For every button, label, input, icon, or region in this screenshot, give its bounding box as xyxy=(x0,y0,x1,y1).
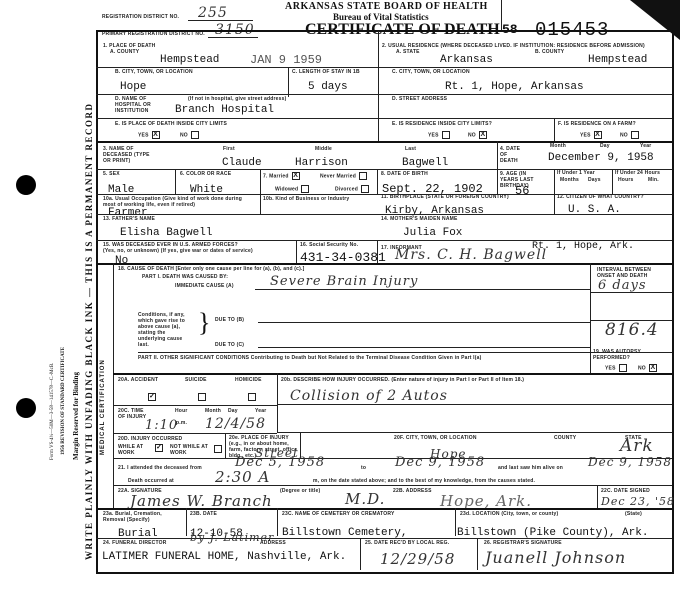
death-occurred-suffix: m, on the date stated above; and to the … xyxy=(313,478,535,484)
length-of-stay-label: c. Length of Stay in 1b xyxy=(292,69,360,75)
day-label: Day xyxy=(228,408,238,414)
days-label: Days xyxy=(588,177,601,183)
hospital-label: d. NAME OF HOSPITAL OR INSTITUTION xyxy=(115,96,155,114)
burial-location-label: 23d. LOCATION (City, town, or county) xyxy=(460,511,558,517)
checkbox-yes[interactable]: X xyxy=(594,131,602,139)
last-saw-label: and last saw him alive on xyxy=(498,465,563,471)
row-line-2 xyxy=(96,94,672,95)
received-date-label: 25. DATE REC'D BY LOCAL REG. xyxy=(365,540,449,546)
dob-label: 8. DATE OF BIRTH xyxy=(381,171,428,177)
under1-under24-divider xyxy=(612,169,613,194)
checkbox-accident[interactable]: ✓ xyxy=(148,393,156,401)
funeral-director-value: LATIMER FUNERAL HOME, Nashville, Ark. xyxy=(102,551,346,563)
describe-injury-label: 20b. DESCRIBE HOW INJURY OCCURRED. (Ente… xyxy=(281,377,524,383)
checkbox-yes[interactable] xyxy=(442,131,450,139)
hospital-note: (If not in hospital, give street address… xyxy=(188,96,287,102)
occurred-place-divider xyxy=(225,433,226,458)
row-line-signature xyxy=(113,485,672,486)
section-line-name xyxy=(96,141,672,143)
date-of-injury-value: 12/4/58 xyxy=(205,416,266,432)
year-label: Year xyxy=(255,408,266,414)
inside-city-limits-label: e. IS PLACE OF DEATH INSIDE CITY LIMITS xyxy=(115,121,227,127)
last-name-value: Bagwell xyxy=(402,157,448,169)
divorced-option[interactable]: Divorced xyxy=(335,185,369,193)
date-cemetery-divider xyxy=(277,508,278,536)
citizen-label: 12. CITIZEN OF WHAT COUNTRY? xyxy=(557,194,644,200)
attended-to-label: to xyxy=(361,465,366,471)
farm-divider xyxy=(554,118,555,141)
residence-county-value: Hempstead xyxy=(588,54,647,66)
on-farm-yes[interactable]: YESX xyxy=(580,131,602,139)
checkbox-autopsy-no[interactable]: X xyxy=(649,364,657,372)
registrar-label: 26. REGISTRAR'S SIGNATURE xyxy=(484,540,562,546)
attended-to-value: Dec 9, 1958 xyxy=(395,455,485,470)
director-address-label: ADDRESS xyxy=(260,540,286,546)
residence-inside-city-yes[interactable]: YES xyxy=(428,131,450,139)
checkbox-never-married[interactable] xyxy=(359,172,367,180)
revision-note: 1956 REVISION OF STANDARD CERTIFICATE xyxy=(61,347,66,455)
degree-label: (Degree or title) xyxy=(280,488,320,494)
due-to-b-line xyxy=(258,322,590,323)
widowed-option[interactable]: Widowed xyxy=(275,185,309,193)
age-value: 56 xyxy=(515,184,529,198)
physician-address-label: 22b. ADDRESS xyxy=(393,488,432,494)
checkbox-not-while-at-work[interactable] xyxy=(214,445,222,453)
residence-state-value: Arkansas xyxy=(440,54,493,66)
residence-inside-city-no[interactable]: NOX xyxy=(468,131,487,139)
mother-label: 14. MOTHER'S MAIDEN NAME xyxy=(381,216,458,222)
checkbox-widowed[interactable] xyxy=(301,185,309,193)
time-of-injury-value: 1:10 xyxy=(145,418,178,433)
month-label: Month xyxy=(205,408,221,414)
date-signed-label: 22c. DATE SIGNED xyxy=(601,488,650,494)
death-county-value: Hempstead xyxy=(160,54,219,66)
stay-divider xyxy=(288,67,289,97)
residence-label: 2. USUAL RESIDENCE (Where deceased lived… xyxy=(382,43,645,49)
hour-label: Hour xyxy=(175,408,187,414)
residence-city-value: Rt. 1, Hope, Arkansas xyxy=(445,81,584,93)
conditions-brace: } xyxy=(198,310,210,336)
describe-injury-value: Collision of 2 Autos xyxy=(290,388,448,404)
father-label: 13. FATHER'S NAME xyxy=(103,216,155,222)
registrar-signature: Juanell Johnson xyxy=(485,548,626,567)
date-signed-value: Dec 23, '58 xyxy=(601,495,675,508)
birthplace-label: 11. BIRTHPLACE (State or foreign country… xyxy=(381,194,509,200)
homicide-label: HOMICIDE xyxy=(235,377,262,383)
burial-label: 23a. Burial, Cremation, Removal (Specify… xyxy=(103,511,178,523)
checkbox-no[interactable] xyxy=(631,131,639,139)
received-stamp: JAN 9 1959 xyxy=(250,53,322,67)
residence-state-label: a. STATE xyxy=(396,49,420,55)
injury-county-label: COUNTY xyxy=(554,435,576,441)
race-marital-divider xyxy=(260,169,261,214)
row-line-director xyxy=(96,538,672,539)
never-married-option[interactable]: Never Married xyxy=(320,172,367,180)
row-line-time xyxy=(113,405,277,406)
due-to-b-label: DUE TO (b) xyxy=(215,317,244,323)
cause-of-death-label: 18. CAUSE OF DEATH [Enter only one cause… xyxy=(118,266,304,272)
autopsy-no[interactable]: NOX xyxy=(638,364,657,372)
residence-inside-city-label: e. IS RESIDENCE INSIDE CITY LIMITS? xyxy=(392,121,492,127)
street-address-label: d. STREET ADDRESS xyxy=(392,96,447,102)
row-line-parents xyxy=(96,214,672,215)
middle-name-value: Harrison xyxy=(295,157,348,169)
interval-line xyxy=(590,292,672,293)
part2-line xyxy=(138,352,672,353)
death-county-label: a. COUNTY xyxy=(110,49,139,55)
received-registrar-divider xyxy=(477,538,478,570)
dod-month-label: Month xyxy=(550,143,566,149)
binding-margin-note: Margin Reserved for Binding xyxy=(72,372,80,460)
last-name-label: Last xyxy=(405,146,416,152)
death-city-value: Hope xyxy=(120,81,146,93)
death-city-label: b. CITY, TOWN, OR LOCATION xyxy=(115,69,193,75)
immediate-cause-line xyxy=(255,289,590,290)
immediate-cause-label: IMMEDIATE CAUSE (a) xyxy=(175,283,234,289)
min-label: Min. xyxy=(648,177,659,183)
not-while-at-work-label: NOT WHILE AT WORK xyxy=(170,444,210,456)
under-24-hours-label: If Under 24 Hours xyxy=(615,170,660,176)
date-of-death-divider xyxy=(497,141,498,169)
checkbox-suicide[interactable] xyxy=(198,393,206,401)
sex-race-divider xyxy=(175,169,176,194)
dob-age-divider xyxy=(497,169,498,194)
funeral-director-label: 24. FUNERAL DIRECTOR xyxy=(103,540,167,546)
registration-district-underline xyxy=(188,20,253,21)
interval-divider xyxy=(590,263,591,373)
checkbox-autopsy-yes[interactable] xyxy=(619,364,627,372)
hospital-value: Branch Hospital xyxy=(175,104,274,116)
row-line-1 xyxy=(96,67,672,68)
injury-city-label: 20f. CITY, TOWN, OR LOCATION xyxy=(394,435,477,441)
length-of-stay-value: 5 days xyxy=(308,81,348,93)
section-line-cause xyxy=(96,263,672,265)
binding-hole-bottom xyxy=(16,398,36,418)
received-date-value: 12/29/58 xyxy=(380,550,455,568)
under-1-year-label: If Under 1 Year xyxy=(557,170,595,176)
months-label: Months xyxy=(560,177,579,183)
armed-ssn-divider xyxy=(296,240,297,263)
row-line-occurred xyxy=(113,433,277,434)
deceased-name-label: 3. NAME OF DECEASED (Type or print) xyxy=(103,146,153,164)
interval-value: 6 days xyxy=(598,278,647,293)
checkbox-married[interactable]: X xyxy=(292,172,300,180)
father-value: Elisha Bagwell xyxy=(120,227,212,239)
dod-day-label: Day xyxy=(600,143,610,149)
registration-district-value: 255 xyxy=(198,5,228,21)
birthplace-citizen-divider xyxy=(554,194,555,214)
binding-hole-top xyxy=(16,175,36,195)
cemetery-label: 23c. NAME OF CEMETERY OR CREMATORY xyxy=(282,511,395,517)
part2-label: PART II. OTHER SIGNIFICANT CONDITIONS Co… xyxy=(138,355,481,361)
suicide-label: SUICIDE xyxy=(185,377,207,383)
col-divider-1-2 xyxy=(378,31,379,141)
accident-label: 20a. ACCIDENT xyxy=(118,377,158,383)
attended-label: 21. I attended the deceased from xyxy=(118,465,202,471)
injury-state-value: Ark xyxy=(620,436,654,456)
burial-date-label: 23b. DATE xyxy=(190,511,217,517)
describe-line-2 xyxy=(277,432,672,433)
board-name: ARKANSAS STATE BOARD OF HEALTH xyxy=(285,1,488,12)
checkbox-no[interactable] xyxy=(191,131,199,139)
residence-city-label: c. CITY, TOWN, OR LOCATION xyxy=(392,69,470,75)
autopsy-yes[interactable]: YES xyxy=(605,364,627,372)
marital-dob-divider xyxy=(377,169,378,194)
business-label: 10b. Kind of Business or Industry xyxy=(263,196,349,202)
death-inside-city-no[interactable]: NO xyxy=(180,131,199,139)
dod-year-label: Year xyxy=(640,143,651,149)
due-to-c-line xyxy=(258,347,590,348)
death-time-value: 2:30 A xyxy=(215,468,270,486)
on-farm-no[interactable]: NO xyxy=(620,131,639,139)
director-received-divider xyxy=(360,538,361,570)
armed-forces-sublabel: (Yes, no, or unknown) (If yes, give war … xyxy=(103,248,253,254)
race-label: 6. COLOR OR RACE xyxy=(180,171,231,177)
cause-code: 816.4 xyxy=(605,320,659,340)
date-of-death-label: 4. DATE OF DEATH xyxy=(500,146,526,164)
married-option[interactable]: 7. MarriedX xyxy=(263,172,300,180)
ssn-informant-divider xyxy=(377,240,378,263)
ssn-label: 16. Social Security No. xyxy=(300,242,358,248)
medical-cert-divider xyxy=(113,263,114,508)
describe-line-1 xyxy=(277,404,672,405)
first-name-label: First xyxy=(223,146,235,152)
on-farm-label: f. IS RESIDENCE ON A FARM? xyxy=(558,121,636,127)
permanent-record-notice: WRITE PLAINLY WITH UNFADING BLACK INK — … xyxy=(84,103,94,560)
physician-degree: M.D. xyxy=(345,490,385,508)
injury-occurred-label: 20d. INJURY OCCURRED xyxy=(118,436,182,442)
checkbox-homicide[interactable] xyxy=(248,393,256,401)
first-name-value: Claude xyxy=(222,157,262,169)
row-line-3 xyxy=(96,118,672,119)
age-under1-divider xyxy=(554,169,555,194)
informant-signature: Mrs. C. H. Bagwell xyxy=(395,247,547,263)
section-line-injury xyxy=(113,373,672,375)
checkbox-yes[interactable]: X xyxy=(152,131,160,139)
death-occurred-label: Death occurred at xyxy=(128,478,174,484)
checkbox-divorced[interactable] xyxy=(361,185,369,193)
informant-address: Rt. 1, Hope, Ark. xyxy=(532,241,634,252)
form-number: Form VS-4¼—50M—3-58—141578—C.-McB. xyxy=(50,363,55,460)
middle-name-label: Middle xyxy=(315,146,332,152)
checkbox-while-at-work[interactable]: ✓ xyxy=(155,444,163,452)
immediate-cause-value: Severe Brain Injury xyxy=(270,274,418,289)
accident-describe-divider xyxy=(277,373,278,433)
autopsy-label: 19. WAS AUTOPSY PERFORMED? xyxy=(593,349,663,361)
death-inside-city-yes[interactable]: YESX xyxy=(138,131,160,139)
date-of-death-value: December 9, 1958 xyxy=(548,152,654,164)
conditions-label: Conditions, if any, which gave rise to a… xyxy=(138,312,193,348)
section-line-disposition xyxy=(96,508,672,510)
mother-value: Julia Fox xyxy=(403,227,462,239)
registration-district-label: Registration District No. xyxy=(102,14,179,20)
while-at-work-label: WHILE AT WORK xyxy=(118,444,148,456)
time-of-injury-label: 20c. TIME OF INJURY xyxy=(118,408,148,420)
medical-certification-label: MEDICAL CERTIFICATION xyxy=(100,359,106,455)
sex-label: 5. SEX xyxy=(103,171,120,177)
burial-date-divider xyxy=(186,508,187,536)
due-to-c-label: DUE TO (c) xyxy=(215,342,244,348)
hours-label: Hours xyxy=(618,177,633,183)
residence-county-label: b. COUNTY xyxy=(535,49,564,55)
cemetery-location-divider xyxy=(455,508,456,536)
burial-state-label: (State) xyxy=(625,511,642,517)
checkbox-no[interactable]: X xyxy=(479,131,487,139)
pm-label: p.m. xyxy=(176,420,187,426)
part1-label: PART I. DEATH WAS CAUSED BY: xyxy=(142,274,228,280)
address-date-divider xyxy=(597,485,598,508)
last-saw-value: Dec 9, 1958 xyxy=(588,455,672,469)
